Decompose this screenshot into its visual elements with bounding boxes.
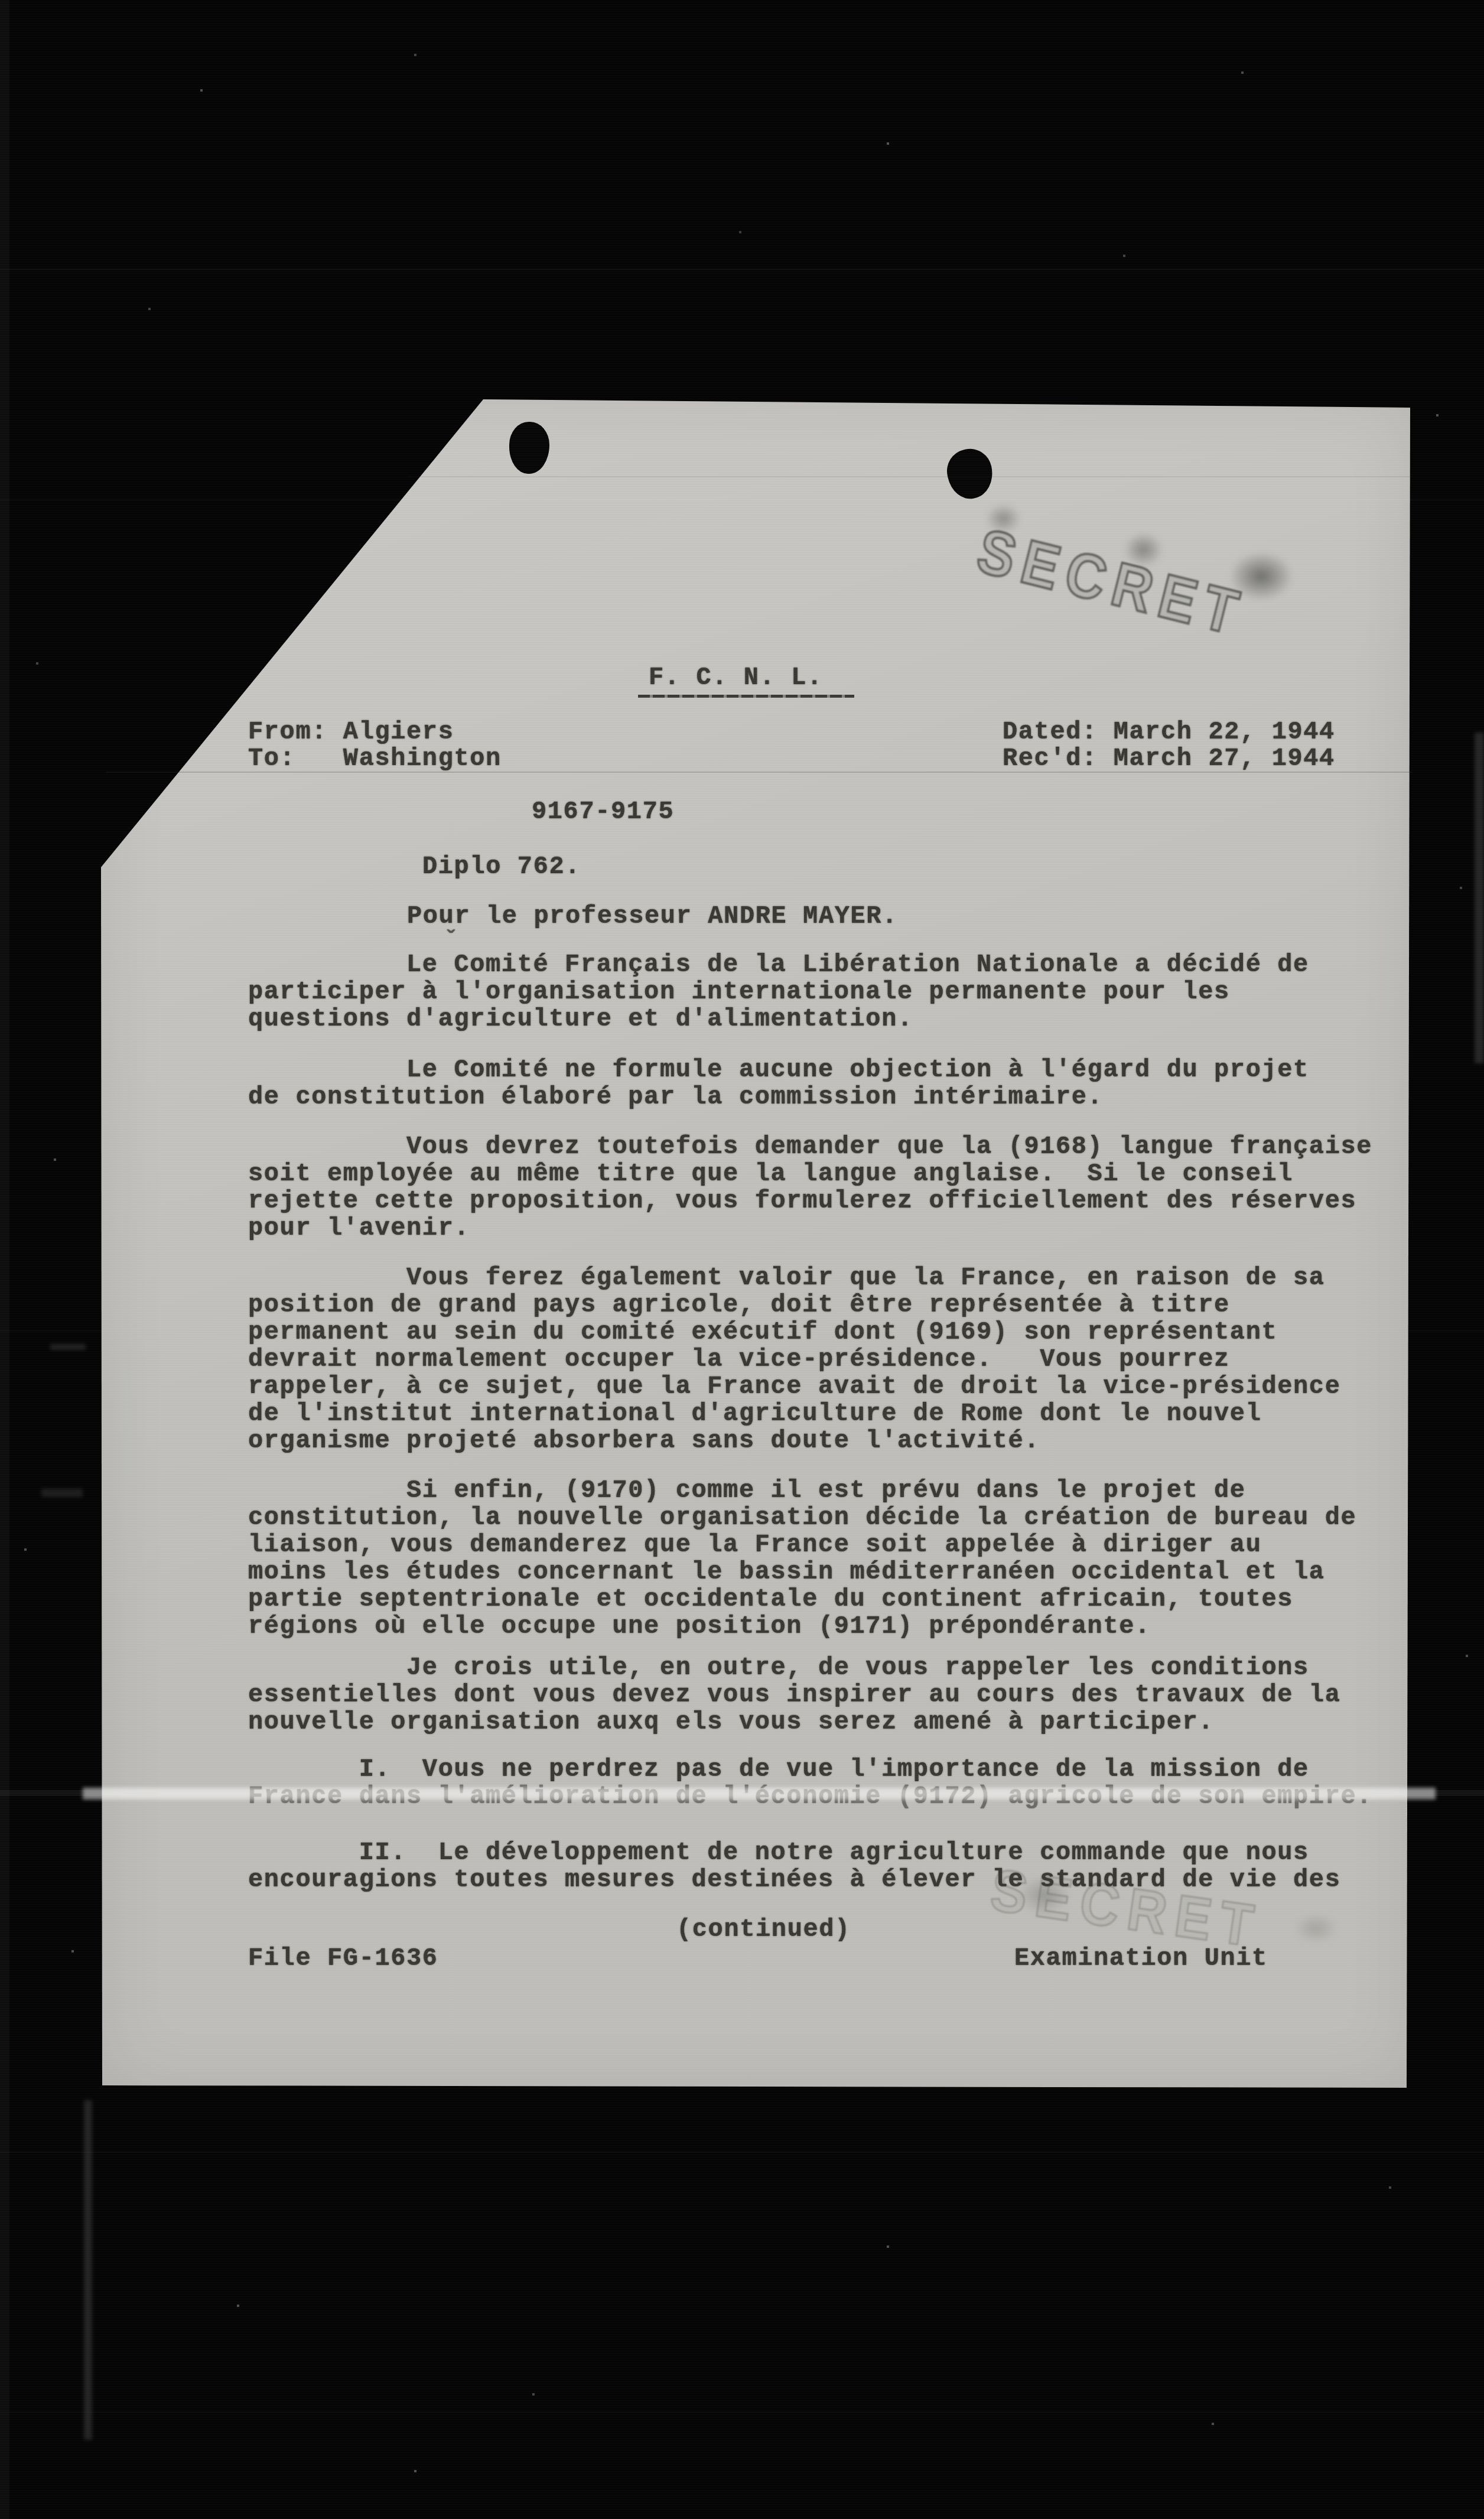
film-line [0, 2411, 1484, 2413]
file-number: File FG-1636 [248, 1945, 438, 1972]
text-line: I. Vous ne perdrez pas de vue l'importan… [248, 1756, 1372, 1783]
scanned-page: SECRET SECRET F. C. N. L. From: Algiers … [0, 0, 1484, 2519]
text-line: de constitution élaboré par la commissio… [248, 1083, 1309, 1111]
to-line: To: Washington [248, 745, 502, 772]
paragraph: I. Vous ne perdrez pas de vue l'importan… [248, 1756, 1372, 1810]
text-line: encouragions toutes mesures destinées à … [248, 1866, 1340, 1893]
text-line: rappeler, à ce sujet, que la France avai… [248, 1373, 1340, 1400]
serial-number: 9167-9175 [532, 798, 674, 825]
film-line [0, 1330, 1484, 1332]
dust-speckles [0, 0, 1, 1]
paragraph: II. Le développement de notre agricultur… [248, 1839, 1340, 1893]
text-line: essentielles dont vous devez vous inspir… [248, 1681, 1340, 1708]
text-line: régions où elle occupe une position (917… [248, 1613, 1356, 1640]
text-line: nouvelle organisation auxq els vous sere… [248, 1708, 1340, 1736]
salutation: Pour le professeur ANDRE MAYER. [407, 903, 898, 930]
film-line [0, 499, 1484, 500]
paragraph: Le Comité Français de la Libération Nati… [248, 951, 1309, 1033]
text-line: Le Comité Français de la Libération Nati… [248, 951, 1309, 978]
text-line: partie septentrionale et occidentale du … [248, 1586, 1356, 1613]
film-edge [0, 0, 9, 2519]
text-line: Vous devrez toutefois demander que la (9… [248, 1133, 1372, 1160]
from-line: From: Algiers [248, 718, 454, 746]
stamp-ink-smudge [978, 497, 1029, 540]
text-line: Le Comité ne formule aucune objection à … [248, 1056, 1309, 1083]
film-line [0, 2152, 1484, 2153]
text-line: Je crois utile, en outre, de vous rappel… [248, 1654, 1340, 1681]
examination-unit: Examination Unit [1014, 1945, 1268, 1972]
film-line [0, 269, 1484, 270]
text-line: moins les études concernant le bassin mé… [248, 1558, 1356, 1586]
text-line: soit employée au même titre que la langu… [248, 1160, 1372, 1187]
text-line: de l'institut international d'agricultur… [248, 1400, 1340, 1427]
stamp-ink-smudge [1217, 542, 1306, 610]
paragraph: Vous ferez également valoir que la Franc… [248, 1264, 1340, 1454]
scan-line [408, 476, 1412, 477]
paragraph: Je crois utile, en outre, de vous rappel… [248, 1654, 1340, 1736]
film-streak [41, 1489, 83, 1497]
text-line: Si enfin, (9170) comme il est prévu dans… [248, 1477, 1356, 1504]
text-line: pour l'avenir. [248, 1215, 1372, 1242]
text-line: position de grand pays agricole, doit êt… [248, 1291, 1340, 1319]
dated-line: Dated: March 22, 1944 [1003, 718, 1335, 746]
film-streak [84, 2100, 92, 2440]
paragraph: Vous devrez toutefois demander que la (9… [248, 1133, 1372, 1242]
text-line: constitution, la nouvelle organisation d… [248, 1504, 1356, 1531]
exposure-band [0, 1790, 1484, 1796]
film-streak [1475, 733, 1484, 1063]
text-line: rejette cette proposition, vous formuler… [248, 1187, 1372, 1215]
text-line: Vous ferez également valoir que la Franc… [248, 1264, 1340, 1291]
continued-note: (continued) [676, 1916, 851, 1943]
doc-title: F. C. N. L. [649, 664, 823, 691]
text-line: II. Le développement de notre agricultur… [248, 1839, 1340, 1866]
paragraph: Le Comité ne formule aucune objection à … [248, 1056, 1309, 1111]
paragraph: Si enfin, (9170) comme il est prévu dans… [248, 1477, 1356, 1640]
film-streak [50, 1344, 86, 1350]
title-underline [638, 695, 854, 698]
text-line: liaison, vous demanderez que la France s… [248, 1531, 1356, 1558]
stamp-ink-smudge [1115, 525, 1171, 575]
text-line: questions d'agriculture et d'alimentatio… [248, 1005, 1309, 1033]
document-paper [101, 395, 1414, 2091]
recd-line: Rec'd: March 27, 1944 [1003, 745, 1335, 772]
text-line: devrait normalement occuper la vice-prés… [248, 1346, 1340, 1373]
text-line: organisme projeté absorbera sans doute l… [248, 1427, 1340, 1454]
text-line: participer à l'organisation internationa… [248, 978, 1309, 1005]
reference-number: Diplo 762. [422, 853, 581, 880]
stamp-ink-smudge [1285, 1907, 1347, 1950]
text-line: permanent au sein du comité exécutif don… [248, 1319, 1340, 1346]
